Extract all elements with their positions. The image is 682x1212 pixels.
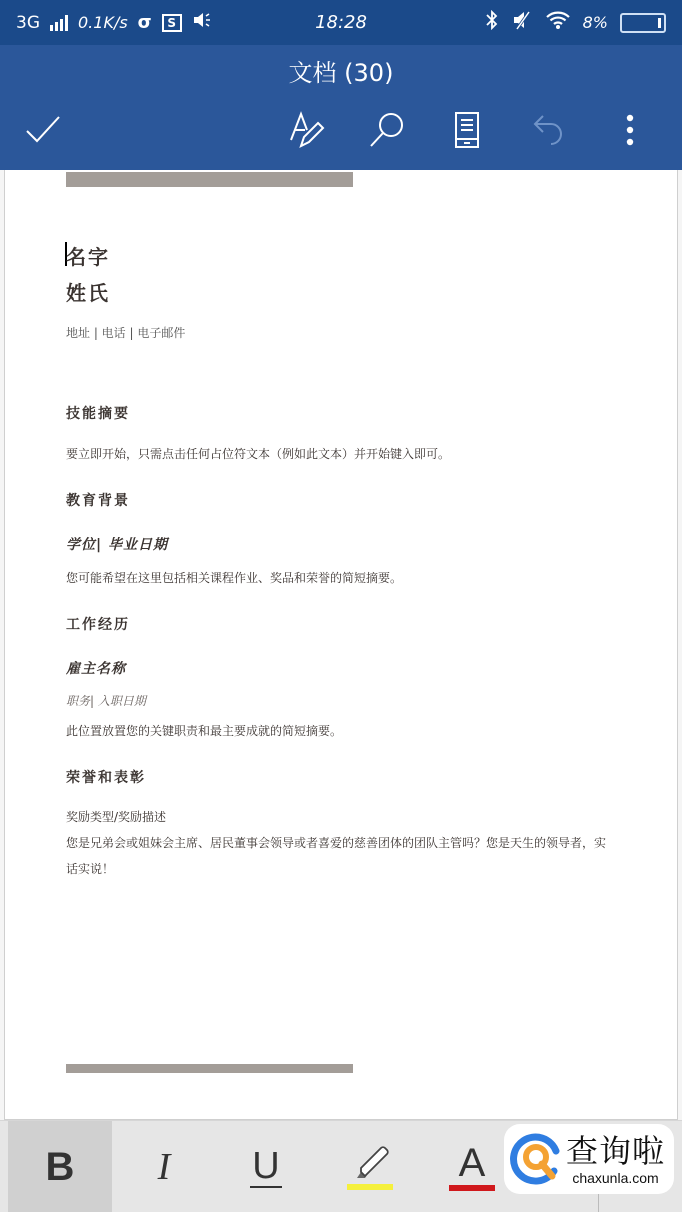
header-rule: [66, 172, 353, 187]
checkmark-icon: [23, 113, 63, 147]
watermark-url: chaxunla.com: [572, 1170, 658, 1186]
footer-rule: [66, 1064, 353, 1073]
spell-check-button[interactable]: [282, 105, 332, 155]
undo-button[interactable]: [524, 105, 574, 155]
wifi-icon: [545, 10, 571, 35]
contact-line[interactable]: 地址 | 电话 | 电子邮件: [66, 324, 185, 341]
status-bar: 3G 0.1K/s σ S 18:28 8%: [0, 0, 682, 45]
award-type[interactable]: 奖励类型/奖励描述: [66, 808, 166, 825]
mute-icon: [511, 10, 533, 35]
last-name[interactable]: 姓氏: [66, 277, 110, 306]
watermark: 查询啦 chaxunla.com: [504, 1124, 674, 1194]
done-button[interactable]: [18, 105, 68, 155]
font-color-icon: A: [459, 1143, 486, 1183]
experience-body[interactable]: 此位置放置您的关键职责和最主要成就的简短摘要。: [66, 722, 342, 739]
toolbar: [0, 105, 682, 155]
honors-body[interactable]: 您是兄弟会或姐妹会主席、居民董事会领导或者喜爱的慈善团体的团队主管吗？您是天生的…: [66, 830, 606, 882]
network-type: 3G: [16, 13, 40, 33]
watermark-name: 查询啦: [566, 1132, 665, 1170]
first-name[interactable]: 名字: [66, 241, 110, 270]
italic-button[interactable]: I: [112, 1121, 216, 1212]
find-button[interactable]: [362, 105, 412, 155]
skills-body[interactable]: 要立即开始，只需点击任何占位符文本（例如此文本）并开始键入即可。: [66, 445, 450, 462]
heading-skills[interactable]: 技能摘要: [66, 403, 130, 423]
app-bar: 文档 (30): [0, 45, 682, 170]
volume-icon: [192, 11, 214, 34]
highlight-button[interactable]: [318, 1121, 422, 1212]
netease-music-icon: σ: [138, 12, 152, 33]
heading-experience[interactable]: 工作经历: [66, 614, 130, 634]
document-canvas[interactable]: 名字 姓氏 地址 | 电话 | 电子邮件 技能摘要 要立即开始，只需点击任何占位…: [0, 170, 682, 1120]
bold-button[interactable]: B: [8, 1121, 112, 1212]
document-page[interactable]: 名字 姓氏 地址 | 电话 | 电子邮件 技能摘要 要立即开始，只需点击任何占位…: [4, 170, 678, 1120]
highlighter-icon: [347, 1144, 393, 1182]
chaxunla-logo-icon: [510, 1131, 562, 1187]
bluetooth-icon: [485, 10, 499, 35]
underline-button[interactable]: U: [214, 1121, 318, 1212]
more-vertical-icon: [624, 113, 636, 147]
highlight-color-swatch: [347, 1184, 393, 1190]
mobile-view-button[interactable]: [442, 105, 492, 155]
search-icon: [368, 111, 406, 149]
network-speed: 0.1K/s: [78, 13, 128, 32]
italic-icon: I: [158, 1145, 171, 1189]
undo-icon: [531, 112, 567, 148]
employer-name[interactable]: 雇主名称: [66, 658, 126, 678]
bold-icon: B: [46, 1145, 75, 1190]
battery-percent: 8%: [583, 13, 608, 32]
education-body[interactable]: 您可能希望在这里包括相关课程作业、奖品和荣誉的简短摘要。: [66, 569, 402, 586]
degree-date[interactable]: 学位| 毕业日期: [66, 534, 168, 554]
signal-icon: [50, 15, 68, 31]
s-app-icon: S: [162, 14, 182, 32]
more-options-button[interactable]: [605, 105, 655, 155]
battery-icon: [620, 13, 666, 33]
spell-check-pen-icon: [287, 110, 327, 150]
job-title-date[interactable]: 职务| 入职日期: [66, 692, 146, 709]
document-title: 文档 (30): [0, 53, 682, 88]
mobile-view-icon: [453, 111, 481, 149]
heading-education[interactable]: 教育背景: [66, 490, 130, 510]
underline-icon: U: [250, 1146, 281, 1188]
heading-honors[interactable]: 荣誉和表彰: [66, 767, 146, 787]
font-color-swatch: [449, 1185, 495, 1191]
